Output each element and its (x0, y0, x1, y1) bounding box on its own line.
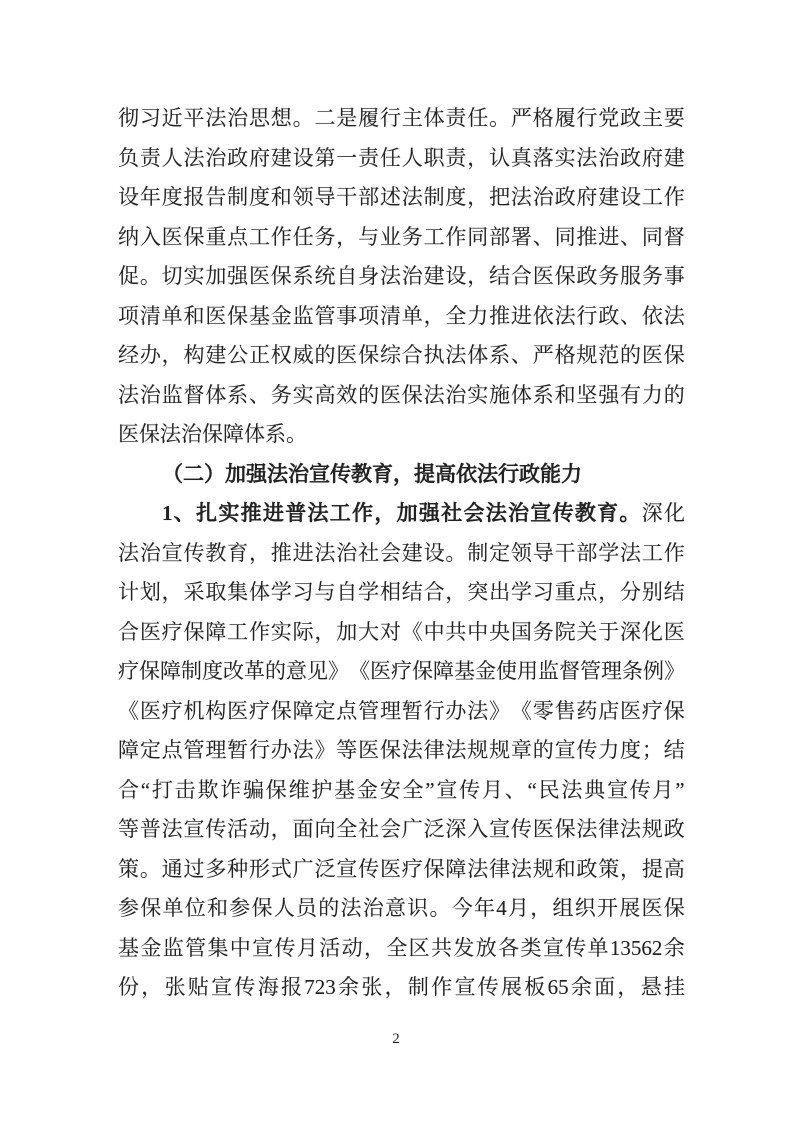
text-unit: 任 (380, 139, 401, 179)
text-unit: 传 (205, 810, 226, 850)
text-unit: 体 (467, 336, 488, 376)
text-unit: ， (617, 968, 638, 1008)
text-unit: 识 (407, 889, 428, 929)
text-unit: 清 (140, 297, 161, 337)
text-unit: 。 (293, 99, 314, 139)
text-unit: 与 (314, 573, 335, 613)
text-unit: 诈 (220, 771, 241, 811)
text-unit: 作 (445, 218, 466, 258)
text-unit: 例 (643, 652, 664, 692)
text-unit: 社 (441, 494, 462, 534)
text-unit: 平 (183, 99, 204, 139)
text-unit: 政 (227, 139, 248, 179)
text-unit: 关 (576, 613, 597, 653)
text-unit: 体 (205, 376, 226, 416)
text-unit: 律 (489, 850, 510, 890)
text-unit: 保 (139, 652, 160, 692)
text-unit: 维 (289, 771, 310, 811)
text-unit: 疗 (402, 850, 423, 890)
text-unit: 和 (183, 297, 204, 337)
text-unit: 的 (620, 336, 641, 376)
text-unit: 习 (293, 573, 314, 613)
text-unit: 治 (598, 139, 619, 179)
text-unit: 同 (555, 218, 576, 258)
text-unit: 高 (314, 376, 335, 416)
text-unit: 法 (118, 376, 139, 416)
text-unit: 构 (183, 336, 204, 376)
text-unit: 一 (336, 139, 357, 179)
text-unit: 保 (140, 889, 161, 929)
text-unit: 规 (467, 731, 488, 771)
text-unit: 体 (249, 573, 270, 613)
text-unit: 区 (409, 929, 430, 969)
text-unit: 清 (380, 297, 401, 337)
text-unit: 业 (380, 218, 401, 258)
text-unit: “ (141, 771, 150, 811)
text-unit: 深 (445, 810, 466, 850)
text-unit: 治 (140, 534, 161, 574)
text-unit: 会 (463, 494, 484, 534)
text-unit: 彻 (118, 99, 139, 139)
text-unit: 击 (175, 771, 196, 811)
text-unit: 学 (511, 573, 532, 613)
text-unit: 法 (205, 99, 226, 139)
text-unit: 安 (380, 771, 401, 811)
text-unit: 设 (445, 257, 466, 297)
text-unit: ， (141, 968, 162, 1008)
text-unit: 的 (358, 376, 379, 416)
text-unit: 保 (380, 731, 401, 771)
text-unit: 建 (598, 178, 619, 218)
text-unit: 署 (511, 218, 532, 258)
text-unit: 要 (664, 99, 685, 139)
text-unit: 督 (664, 218, 685, 258)
text-unit: 监 (293, 297, 314, 337)
text-unit: 法 (511, 850, 532, 890)
text-unit: 障 (205, 613, 226, 653)
text-unit: ， (530, 889, 551, 929)
text-unit: 传 (553, 494, 574, 534)
text-unit: 制 (424, 178, 445, 218)
text-unit: 医 (664, 613, 685, 653)
text-unit: 中 (230, 929, 251, 969)
text-unit: 进 (598, 218, 619, 258)
text-unit: 传 (234, 968, 255, 1008)
text-unit: 建 (402, 534, 423, 574)
text-unit: 法 (486, 494, 507, 534)
text-unit: 入 (140, 218, 161, 258)
text-unit: 严 (511, 99, 532, 139)
text-unit: 治 (140, 376, 161, 416)
text-unit: 人 (402, 139, 423, 179)
text-unit: 形 (249, 850, 270, 890)
text-unit: 工 (642, 178, 663, 218)
text-unit: 。 (619, 494, 640, 534)
text-unit: 落 (533, 139, 554, 179)
text-unit: 点 (336, 692, 357, 732)
text-unit: 法 (307, 494, 328, 534)
text-unit: 动 (249, 810, 270, 850)
text-unit: 执 (424, 336, 445, 376)
text-unit: 格 (555, 336, 576, 376)
text-unit: 护 (311, 771, 332, 811)
text-unit: 办 (140, 336, 161, 376)
text-unit: 促 (118, 257, 139, 297)
text-unit: 律 (424, 731, 445, 771)
text-unit: 障 (160, 652, 181, 692)
text-unit: 行 (424, 692, 445, 732)
text-unit: 严 (533, 336, 554, 376)
text-unit: 障 (445, 850, 466, 890)
text-unit: 》 (664, 652, 685, 692)
text-line-5: 促。切实加强医保系统自身法治建设，结合医保政务服务事 (118, 257, 685, 297)
text-unit: 。 (140, 850, 161, 890)
text-unit: 深 (620, 613, 641, 653)
text-unit: 责 (445, 99, 466, 139)
text-unit: 治 (363, 889, 384, 929)
text-unit: 第 (314, 139, 335, 179)
text-unit: 社 (358, 810, 379, 850)
text-unit: 和 (207, 889, 228, 929)
text-unit: 医 (162, 218, 183, 258)
text-unit: 典 (584, 771, 605, 811)
text-unit: 近 (162, 99, 183, 139)
text-unit: 推 (271, 534, 292, 574)
text-unit: 理 (205, 731, 226, 771)
text-unit: ， (620, 850, 641, 890)
text-unit: 合 (511, 257, 532, 297)
text-unit: 传 (478, 968, 499, 1008)
text-unit: 律 (598, 810, 619, 850)
text-unit: 采 (183, 573, 204, 613)
text-unit: 向 (314, 810, 335, 850)
text-unit: 是 (336, 99, 357, 139)
text-unit: 公 (227, 336, 248, 376)
text-unit: ， (467, 257, 488, 297)
text-unit: 法 (445, 731, 466, 771)
text-unit: 、 (174, 494, 195, 534)
text-unit: 位 (185, 889, 206, 929)
text-unit: 述 (380, 178, 401, 218)
text-unit: 学 (358, 573, 379, 613)
text-unit: 综 (380, 336, 401, 376)
text-unit: 教 (575, 494, 596, 534)
text-line-19: 等普法宣传活动，面向全社会广泛深入宣传医保法律法规政 (118, 810, 685, 850)
text-unit: 习 (140, 99, 161, 139)
text-unit: 对 (380, 613, 401, 653)
text-unit: 建 (271, 139, 292, 179)
text-unit: 全 (445, 297, 466, 337)
text-unit: 月 (653, 771, 674, 811)
text-unit: 体 (424, 99, 445, 139)
text-unit: 体 (511, 376, 532, 416)
text-unit: 广 (402, 810, 423, 850)
text-unit: 政 (576, 850, 597, 890)
text-unit: 余 (664, 929, 685, 969)
text-unit: 治 (445, 376, 466, 416)
text-unit: 零 (533, 692, 554, 732)
text-unit: 保 (183, 218, 204, 258)
text-unit: 基 (118, 929, 139, 969)
text-unit: 份 (118, 968, 139, 1008)
text-unit: 结 (664, 573, 685, 613)
text-unit: 治 (402, 257, 423, 297)
text-unit: 出 (489, 573, 510, 613)
text-unit: 政 (664, 810, 685, 850)
text-unit: 的 (265, 652, 286, 692)
text-unit: 法 (402, 731, 423, 771)
text-unit: 人 (162, 139, 183, 179)
text-unit: 金 (357, 771, 378, 811)
text-line-1: 彻习近平法治思想。二是履行主体责任。严格履行党政主要 (118, 99, 685, 139)
text-unit: 保 (412, 652, 433, 692)
text-unit: 中 (424, 613, 445, 653)
text-unit: 施 (489, 376, 510, 416)
text-unit: 纳 (118, 218, 139, 258)
text-unit: 余 (571, 968, 592, 1008)
text-unit: 传 (511, 810, 532, 850)
text-unit: 传 (275, 929, 296, 969)
text-unit: 设 (118, 178, 139, 218)
text-unit: 障 (118, 731, 139, 771)
text-unit: 医 (336, 336, 357, 376)
text-unit: 参 (118, 889, 139, 929)
text-unit: ， (336, 218, 357, 258)
text-unit: 理 (380, 692, 401, 732)
text-unit: 。 (445, 534, 466, 574)
text-unit: 工 (642, 534, 663, 574)
text-unit: ， (424, 297, 445, 337)
text-unit: 年 (140, 178, 161, 218)
text-unit: 办 (271, 731, 292, 771)
text-unit: 宣 (543, 929, 564, 969)
text-unit: 泛 (314, 850, 335, 890)
text-unit: 保 (555, 810, 576, 850)
text-unit: 制 (181, 652, 202, 692)
text-unit: 作 (664, 534, 685, 574)
text-unit: 作 (271, 218, 292, 258)
text-unit: 育 (597, 494, 618, 534)
text-unit: 中 (467, 613, 488, 653)
page-number: 2 (0, 1031, 792, 1048)
text-unit: ， (314, 613, 335, 653)
text-unit: 管 (580, 652, 601, 692)
text-unit: 类 (520, 929, 541, 969)
text-unit: 工 (249, 218, 270, 258)
text-unit: 和 (555, 376, 576, 416)
text-unit: 作 (249, 613, 270, 653)
text-unit: 高 (664, 850, 685, 890)
text-unit: 4 (496, 889, 507, 929)
text-line-16: 《医疗机构医疗保障定点管理暂行办法》《零售药店医疗保 (118, 692, 685, 732)
text-unit: 理 (601, 652, 622, 692)
text-unit: 开 (597, 889, 618, 929)
text-unit: 学 (271, 573, 292, 613)
text-unit: 制 (227, 178, 248, 218)
text-unit: 革 (244, 652, 265, 692)
text-segment: （二）加强法治宣传教育，提高依法行政能力 (162, 462, 582, 486)
text-unit: 组 (553, 889, 574, 929)
text-unit: 疗 (391, 652, 412, 692)
text-unit: 政 (576, 257, 597, 297)
text-unit: 保 (664, 889, 685, 929)
text-unit: 使 (496, 652, 517, 692)
text-unit: 障 (433, 652, 454, 692)
text-unit: 任 (293, 218, 314, 258)
text-unit: 规 (576, 336, 597, 376)
text-unit: 医 (620, 692, 641, 732)
text-unit: 部 (576, 534, 597, 574)
text-unit: 张 (361, 968, 382, 1008)
text-unit: 、 (249, 376, 270, 416)
text-unit: 事 (664, 257, 685, 297)
text-unit: 重 (205, 218, 226, 258)
text-unit: 服 (620, 257, 641, 297)
text-unit: 欺 (197, 771, 218, 811)
text-unit: 力 (642, 376, 663, 416)
text-unit: 深 (642, 494, 663, 534)
text-unit: 面 (594, 968, 615, 1008)
text-unit: 医 (140, 692, 161, 732)
text-unit: 制 (408, 968, 429, 1008)
text-unit: ， (445, 573, 466, 613)
text-unit: 督 (183, 376, 204, 416)
text-unit: 医 (358, 731, 379, 771)
text-unit: 和 (555, 850, 576, 890)
text-unit: 作 (352, 494, 373, 534)
text-unit: 医 (533, 257, 554, 297)
text-unit: 规 (489, 731, 510, 771)
text-unit: 传 (459, 771, 480, 811)
text-unit: 的 (664, 376, 685, 416)
text-unit: 法 (576, 139, 597, 179)
text-unit: 医 (380, 376, 401, 416)
text-unit: 单 (402, 297, 423, 337)
text-unit: 相 (380, 573, 401, 613)
text-unit: ” (425, 771, 434, 811)
text-unit: 府 (576, 178, 597, 218)
text-unit: 见 (307, 652, 328, 692)
text-unit: 项 (358, 297, 379, 337)
text-unit: 度 (202, 652, 223, 692)
text-unit: 1 (162, 494, 173, 534)
text-unit: 宣 (555, 731, 576, 771)
text-unit: 点 (227, 218, 248, 258)
text-unit: 13562 (610, 929, 663, 969)
text-unit: 际 (293, 613, 314, 653)
text-unit: 疗 (162, 613, 183, 653)
text-unit: 传 (358, 850, 379, 890)
text-unit: 建 (205, 336, 226, 376)
text-unit: 65 (548, 968, 569, 1008)
text-unit: 干 (336, 178, 357, 218)
text-unit: 全 (402, 771, 423, 811)
text-unit: 划 (140, 573, 161, 613)
text-unit: 、 (620, 297, 641, 337)
text-unit: 活 (319, 929, 340, 969)
text-unit: 单 (588, 929, 609, 969)
text-unit: 责 (140, 139, 161, 179)
text-unit: 务 (314, 218, 335, 258)
text-line-15: 疗保障制度改革的意见》《医疗保障基金使用监督管理条例》 (118, 652, 685, 692)
document-page: 彻习近平法治思想。二是履行主体责任。严格履行党政主要负责人法治政府建设第一责任人… (0, 0, 792, 1121)
text-unit: ， (467, 178, 488, 218)
text-unit: 导 (533, 534, 554, 574)
text-unit: 法 (118, 534, 139, 574)
text-unit: 等 (336, 731, 357, 771)
text-unit: 宣 (607, 771, 628, 811)
text-unit: 泛 (424, 810, 445, 850)
text-unit: 系 (533, 376, 554, 416)
text-unit: 坚 (576, 376, 597, 416)
text-unit: 突 (467, 573, 488, 613)
text-unit: 宣 (530, 494, 551, 534)
text-unit: 干 (555, 534, 576, 574)
text-unit: 《 (511, 692, 532, 732)
text-unit: 经 (118, 336, 139, 376)
text-unit: 集 (207, 929, 228, 969)
text-unit: 等 (118, 810, 139, 850)
text-unit: 法 (555, 297, 576, 337)
text-unit: 进 (511, 297, 532, 337)
text-unit: 种 (227, 850, 248, 890)
text-unit: 活 (227, 810, 248, 850)
text-line-10: （二）加强法治宣传教育，提高依法行政能力 (118, 455, 685, 495)
text-unit: 力 (598, 731, 619, 771)
text-unit: 法 (293, 731, 314, 771)
text-unit: 工 (227, 613, 248, 653)
text-unit: 板 (524, 968, 545, 1008)
text-unit: 展 (619, 889, 640, 929)
text-unit: 效 (336, 376, 357, 416)
text-unit: 改 (223, 652, 244, 692)
text-unit: 定 (314, 692, 335, 732)
text-unit: 大 (358, 613, 379, 653)
text-unit: 同 (467, 218, 488, 258)
text-unit: 会 (380, 534, 401, 574)
text-unit: 强 (419, 494, 440, 534)
text-unit: 化 (642, 613, 663, 653)
text-unit: 计 (118, 573, 139, 613)
text-unit: 宣 (252, 929, 273, 969)
text-unit: 暂 (227, 731, 248, 771)
text-line-3: 设年度报告制度和领导干部述法制度，把法治政府建设工作 (118, 178, 685, 218)
text-unit: 政 (620, 99, 641, 139)
text-unit: 政 (598, 297, 619, 337)
text-unit: 法 (445, 336, 466, 376)
text-unit: 度 (445, 178, 466, 218)
text-unit: 月 (297, 929, 318, 969)
text-unit: 障 (293, 692, 314, 732)
text-unit: 加 (397, 494, 418, 534)
text-line-21: 参保单位和参保人员的法治意识。今年4月，组织开展医保 (118, 889, 685, 929)
text-unit: 实 (218, 494, 239, 534)
text-unit: 系 (227, 376, 248, 416)
text-unit: 。 (430, 889, 451, 929)
text-unit: ， (364, 929, 385, 969)
text-unit: 医 (370, 652, 391, 692)
text-line-18: 合“打击欺诈骗保维护基金安全”宣传月、“民法典宣传月” (118, 771, 685, 811)
text-unit: 推 (576, 218, 597, 258)
text-unit: 发 (453, 929, 474, 969)
text-unit: 机 (183, 692, 204, 732)
text-unit: 治 (227, 99, 248, 139)
text-unit: 法 (620, 810, 641, 850)
text-unit: 范 (598, 336, 619, 376)
text-unit: 二 (314, 99, 335, 139)
text-unit: 分 (620, 573, 641, 613)
text-unit: 法 (341, 889, 362, 929)
